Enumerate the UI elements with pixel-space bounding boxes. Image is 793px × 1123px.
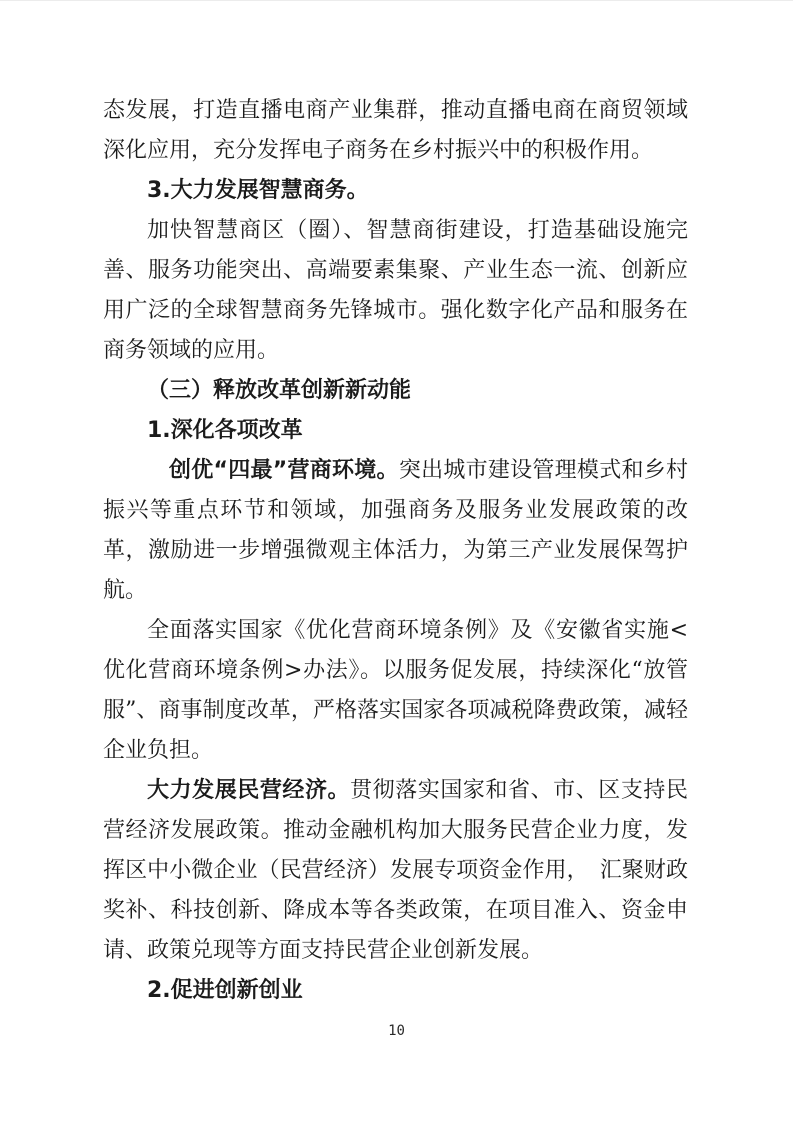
paragraph-text: 全面落实国家《优化营商环境条例》及《安徽省实施<优化营商环境条例>办法》。以服务…	[103, 618, 688, 763]
paragraph-text: 态发展，打造直播电商产业集群，推动直播电商在商贸领域深化应用，充分发挥电子商务在…	[103, 98, 688, 163]
paragraph-bold-lead: 大力发展民营经济。	[147, 778, 350, 803]
paragraph: 全面落实国家《优化营商环境条例》及《安徽省实施<优化营商环境条例>办法》。以服务…	[103, 611, 688, 771]
heading-text: 1.深化各项改革	[147, 418, 303, 443]
section-heading: （三）释放改革创新新动能	[103, 371, 688, 411]
paragraph: 创优“四最”营商环境。突出城市建设管理模式和乡村振兴等重点环节和领域，加强商务及…	[103, 451, 688, 611]
document-page: 态发展，打造直播电商产业集群，推动直播电商在商贸领域深化应用，充分发挥电子商务在…	[0, 0, 793, 1123]
heading-text: （三）释放改革创新新动能	[147, 378, 411, 403]
heading-text: 2.促进创新创业	[147, 978, 303, 1003]
paragraph-text: 加快智慧商区（圈）、智慧商街建设，打造基础设施完善、服务功能突出、高端要素集聚、…	[103, 218, 688, 363]
paragraph-text: 贯彻落实国家和省、市、区支持民营经济发展政策。推动金融机构加大服务民营企业力度，…	[103, 778, 688, 963]
document-body: 态发展，打造直播电商产业集群，推动直播电商在商贸领域深化应用，充分发挥电子商务在…	[103, 91, 688, 1011]
paragraph: 态发展，打造直播电商产业集群，推动直播电商在商贸领域深化应用，充分发挥电子商务在…	[103, 91, 688, 171]
numbered-heading: 1.深化各项改革	[103, 411, 688, 451]
numbered-heading: 2.促进创新创业	[103, 971, 688, 1011]
paragraph: 加快智慧商区（圈）、智慧商街建设，打造基础设施完善、服务功能突出、高端要素集聚、…	[103, 211, 688, 371]
numbered-heading: 3.大力发展智慧商务。	[103, 171, 688, 211]
heading-text: 3.大力发展智慧商务。	[147, 178, 369, 203]
paragraph-bold-lead: 创优“四最”营商环境。	[169, 458, 399, 483]
page-number: 10	[0, 1021, 793, 1041]
paragraph: 大力发展民营经济。贯彻落实国家和省、市、区支持民营经济发展政策。推动金融机构加大…	[103, 771, 688, 971]
